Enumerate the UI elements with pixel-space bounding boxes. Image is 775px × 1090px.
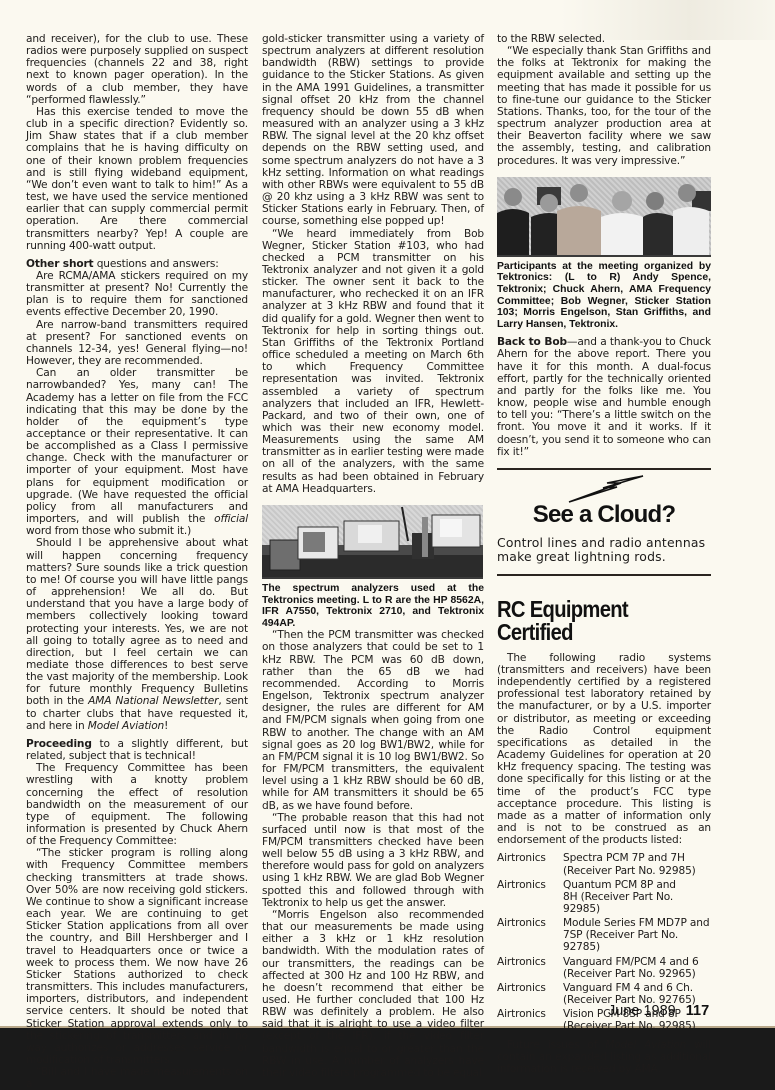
- paragraph: The following radio systems (transmitter…: [497, 652, 711, 847]
- column-middle: gold-sticker transmitter using a variety…: [262, 33, 484, 1054]
- issue-date: June 1989: [608, 1003, 676, 1019]
- lightning-bolt-icon: [559, 474, 649, 504]
- group-photo-image-icon: [497, 177, 711, 255]
- paragraph: Should I be apprehensive about what will…: [26, 537, 248, 732]
- photo-caption: The spectrum analyzers used at the Tektr…: [262, 583, 484, 629]
- see-a-cloud-ad: See a Cloud? Control lines and radio ant…: [497, 474, 711, 564]
- magazine-page: and receiver), for the club to use. Thes…: [0, 0, 775, 1028]
- equipment-image-icon: [262, 505, 483, 577]
- photo-caption: Participants at the meeting organized by…: [497, 261, 711, 331]
- section-lead: Proceeding to a slightly different, but …: [26, 738, 248, 762]
- paragraph: Can an older transmitter be narrowbanded…: [26, 367, 248, 537]
- qa-heading: Other short questions and answers:: [26, 258, 248, 270]
- list-item: Airtronics Quantum PCM 8P and8H (Receive…: [497, 879, 711, 917]
- page-footer: June 1989117: [608, 1003, 709, 1019]
- paragraph: “The sticker program is rolling along wi…: [26, 847, 248, 1054]
- paragraph: Are narrow-band transmitters required at…: [26, 319, 248, 368]
- list-item: Airtronics Vanguard FM/PCM 4 and 6(Recei…: [497, 956, 711, 982]
- paragraph: gold-sticker transmitter using a variety…: [262, 33, 484, 228]
- section-lead: Back to Bob—and a thank-you to Chuck Ahe…: [497, 336, 711, 458]
- column-left: and receiver), for the club to use. Thes…: [26, 33, 248, 1054]
- paragraph: Has this exercise tended to move the clu…: [26, 106, 248, 252]
- paragraph: “The probable reason that this had not s…: [262, 812, 484, 909]
- paragraph: “We heard immediately from Bob Wegner, S…: [262, 228, 484, 495]
- divider-rule: [497, 574, 711, 576]
- paragraph: “Morris Engelson also recommended that o…: [262, 909, 484, 1054]
- list-item: Airtronics Module Series FM MD7P and7SP …: [497, 917, 711, 955]
- participants-photo: [497, 177, 711, 257]
- paragraph: and receiver), for the club to use. Thes…: [26, 33, 248, 106]
- paragraph: “Then the PCM transmitter was checked on…: [262, 629, 484, 811]
- page-number: 117: [686, 1003, 709, 1019]
- paragraph: “We especially thank Stan Griffiths and …: [497, 45, 711, 167]
- paragraph: Future issues of Model Aviation will con…: [497, 1039, 711, 1054]
- ad-subtitle: Control lines and radio antennas make gr…: [497, 536, 711, 564]
- divider-rule: [497, 468, 711, 470]
- section-title: RC Equipment Certified: [497, 598, 681, 644]
- column-right: to the RBW selected. “We especially than…: [497, 33, 711, 1054]
- list-item: Airtronics Spectra PCM 7P and 7H(Receive…: [497, 852, 711, 878]
- ad-title: See a Cloud?: [497, 502, 711, 528]
- paragraph: Are RCMA/AMA stickers required on my tra…: [26, 270, 248, 319]
- paragraph: to the RBW selected.: [497, 33, 711, 45]
- spectrum-analyzers-photo: [262, 505, 483, 579]
- paragraph: The Frequency Committee has been wrestli…: [26, 762, 248, 847]
